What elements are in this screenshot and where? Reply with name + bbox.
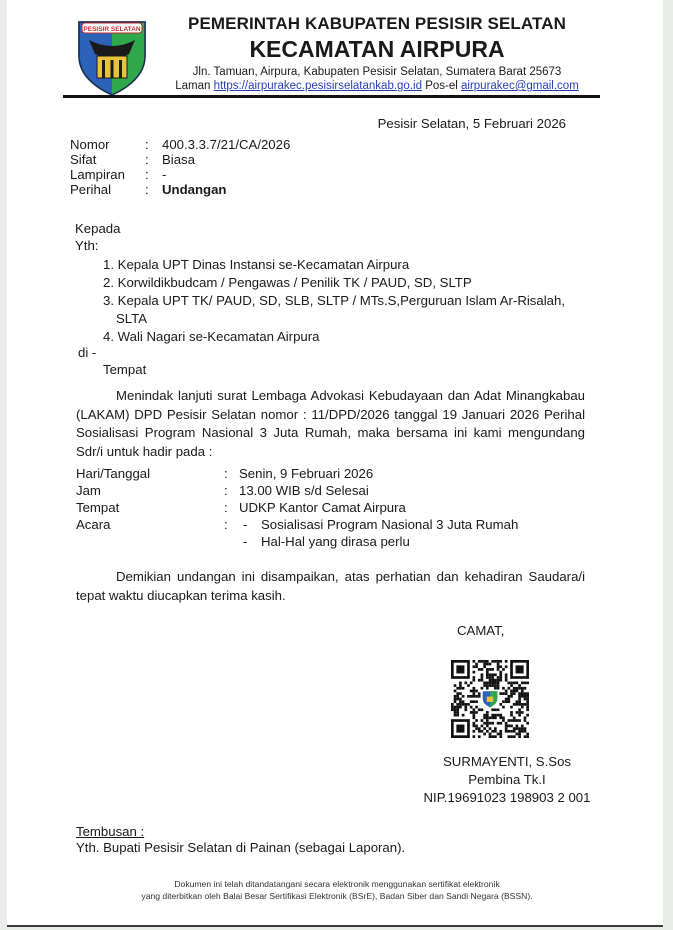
regency-emblem-icon: PESISIR SELATAN — [75, 16, 149, 96]
tembusan-item: Yth. Bupati Pesisir Selatan di Painan (s… — [76, 839, 405, 856]
detail-value: 13.00 WIB s/d Selesai — [239, 482, 369, 499]
colon: : — [145, 137, 162, 152]
meta-row-lampiran: Lampiran:- — [70, 167, 290, 182]
recipient-item: 2. Korwildikbudcam / Pengawas / Penilik … — [103, 274, 565, 292]
detail-label: Tempat — [76, 499, 224, 516]
detail-value: UDKP Kantor Camat Airpura — [239, 499, 406, 516]
footer-line: Dokumen ini telah ditandatangani secara … — [107, 878, 567, 890]
recipient-item: 4. Wali Nagari se-Kecamatan Airpura — [103, 328, 565, 346]
recipient-item: 1. Kepala UPT Dinas Instansi se-Kecamata… — [103, 256, 565, 274]
meta-value: - — [162, 167, 166, 182]
colon: : — [145, 152, 162, 167]
event-details: Hari/Tanggal:Senin, 9 Februari 2026 Jam:… — [76, 465, 518, 550]
meta-label: Perihal — [70, 182, 145, 197]
signer-rank: Pembina Tk.I — [407, 771, 607, 789]
esign-footer: Dokumen ini telah ditandatangani secara … — [107, 878, 567, 902]
detail-label: Jam — [76, 482, 224, 499]
agenda-item: Hal-Hal yang dirasa perlu — [261, 533, 410, 550]
opening-text: Menindak lanjuti surat Lembaga Advokasi … — [76, 388, 585, 459]
email-link[interactable]: airpurakec@gmail.com — [461, 80, 579, 92]
meta-value: Undangan — [162, 182, 226, 197]
closing-text: Demikian undangan ini disampaikan, atas … — [76, 569, 585, 603]
recipient-list: 1. Kepala UPT Dinas Instansi se-Kecamata… — [103, 256, 565, 346]
meta-label: Nomor — [70, 137, 145, 152]
detail-row-agenda-cont: -Hal-Hal yang dirasa perlu — [76, 533, 518, 550]
meta-label: Sifat — [70, 152, 145, 167]
meta-label: Lampiran — [70, 167, 145, 182]
bullet-dash: - — [239, 516, 261, 533]
colon: : — [224, 516, 239, 533]
meta-row-nomor: Nomor:400.3.3.7/21/CA/2026 — [70, 137, 290, 152]
spacer — [224, 533, 239, 550]
letter-date: Pesisir Selatan, 5 Februari 2026 — [378, 115, 566, 132]
meta-value: Biasa — [162, 152, 195, 167]
letterhead-rule — [63, 95, 600, 98]
meta-value: 400.3.3.7/21/CA/2026 — [162, 137, 290, 152]
letter-meta: Nomor:400.3.3.7/21/CA/2026 Sifat:Biasa L… — [70, 137, 290, 197]
kepada-label: Kepada — [75, 220, 120, 237]
spacer — [76, 533, 224, 550]
tempat-label: Tempat — [103, 361, 146, 378]
office-name: KECAMATAN AIRPURA — [157, 36, 597, 63]
letter-page: PESISIR SELATAN PEMERINTAH KABUPATEN PES… — [7, 0, 663, 927]
colon: : — [224, 482, 239, 499]
colon: : — [224, 499, 239, 516]
website-link[interactable]: https://airpurakec.pesisirselatankab.go.… — [214, 80, 422, 92]
detail-row-place: Tempat:UDKP Kantor Camat Airpura — [76, 499, 518, 516]
colon: : — [145, 182, 162, 197]
meta-row-sifat: Sifat:Biasa — [70, 152, 290, 167]
office-address: Jln. Tamuan, Airpura, Kabupaten Pesisir … — [157, 66, 597, 78]
yth-label: Yth: — [75, 237, 98, 254]
website-label: Laman — [175, 80, 210, 92]
meta-row-perihal: Perihal:Undangan — [70, 182, 290, 197]
signer-nip: NIP.19691023 198903 2 001 — [407, 789, 607, 807]
closing-paragraph: Demikian undangan ini disampaikan, atas … — [76, 568, 585, 605]
di-label: di - — [78, 344, 96, 361]
signer-block: SURMAYENTI, S.Sos Pembina Tk.I NIP.19691… — [407, 753, 607, 807]
signer-name: SURMAYENTI, S.Sos — [407, 753, 607, 771]
colon: : — [145, 167, 162, 182]
government-name: PEMERINTAH KABUPATEN PESISIR SELATAN — [157, 14, 597, 34]
detail-row-agenda: Acara:-Sosialisasi Program Nasional 3 Ju… — [76, 516, 518, 533]
recipient-item-continuation: SLTA — [103, 310, 565, 328]
recipient-item: 3. Kepala UPT TK/ PAUD, SD, SLB, SLTP / … — [103, 292, 565, 310]
detail-row-date: Hari/Tanggal:Senin, 9 Februari 2026 — [76, 465, 518, 482]
svg-text:PESISIR SELATAN: PESISIR SELATAN — [83, 26, 140, 33]
detail-label: Hari/Tanggal — [76, 465, 224, 482]
footer-line: yang diterbitkan oleh Balai Besar Sertif… — [107, 890, 567, 902]
detail-row-time: Jam:13.00 WIB s/d Selesai — [76, 482, 518, 499]
detail-label: Acara — [76, 516, 224, 533]
opening-paragraph: Menindak lanjuti surat Lembaga Advokasi … — [76, 387, 585, 461]
bullet-dash: - — [239, 533, 261, 550]
qr-code-icon — [451, 660, 529, 738]
contact-line: Laman https://airpurakec.pesisirselatank… — [157, 80, 597, 92]
detail-value: Senin, 9 Februari 2026 — [239, 465, 373, 482]
email-label: Pos-el — [425, 80, 458, 92]
agenda-item: Sosialisasi Program Nasional 3 Juta Ruma… — [261, 516, 518, 533]
tembusan-heading: Tembusan : — [76, 823, 144, 840]
signer-title: CAMAT, — [457, 622, 504, 639]
colon: : — [224, 465, 239, 482]
